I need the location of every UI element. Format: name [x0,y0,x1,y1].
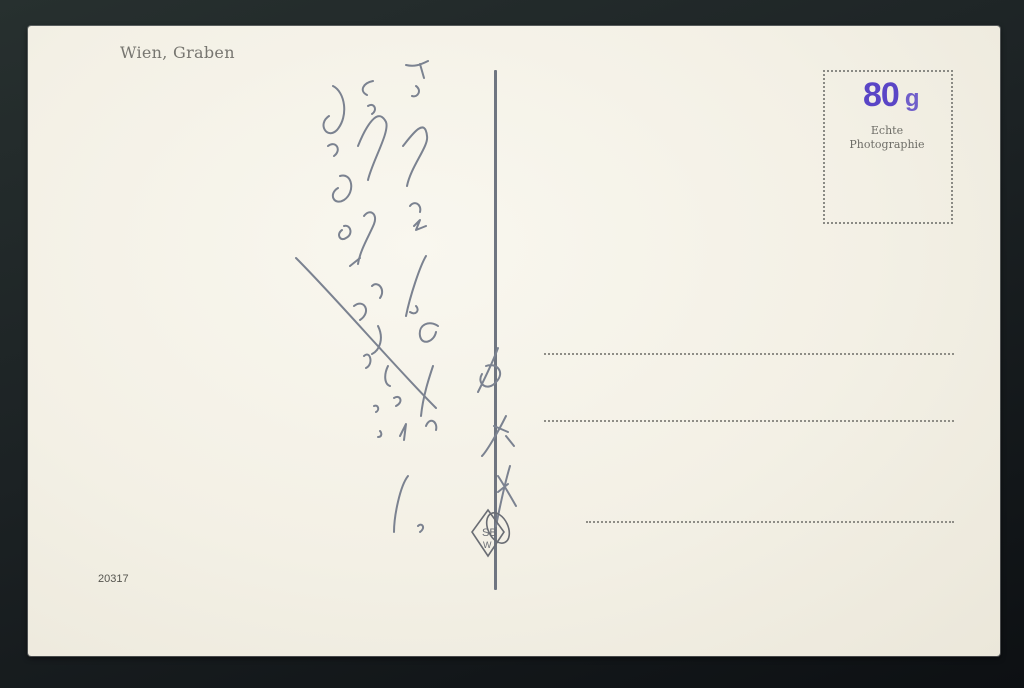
price-value: 80 [863,76,899,114]
postcard: Wien, Graben 80g Echte Photographie [28,26,1000,656]
svg-text:SB: SB [482,527,497,539]
address-line-2 [544,420,954,422]
address-line-3 [586,521,954,523]
publisher-logo-icon: SB W [468,504,518,564]
price-stamp: 80g [863,76,919,115]
serial-number: 20317 [98,573,129,585]
photo-label-line1: Echte [825,124,949,138]
photo-label: Echte Photographie [825,124,949,152]
photo-label-line2: Photographie [825,138,949,152]
svg-text:W: W [483,540,492,550]
stamp-box: 80g Echte Photographie [823,70,953,224]
address-line-1 [544,353,954,355]
location-caption: Wien, Graben [120,43,235,62]
price-unit: g [905,85,919,112]
